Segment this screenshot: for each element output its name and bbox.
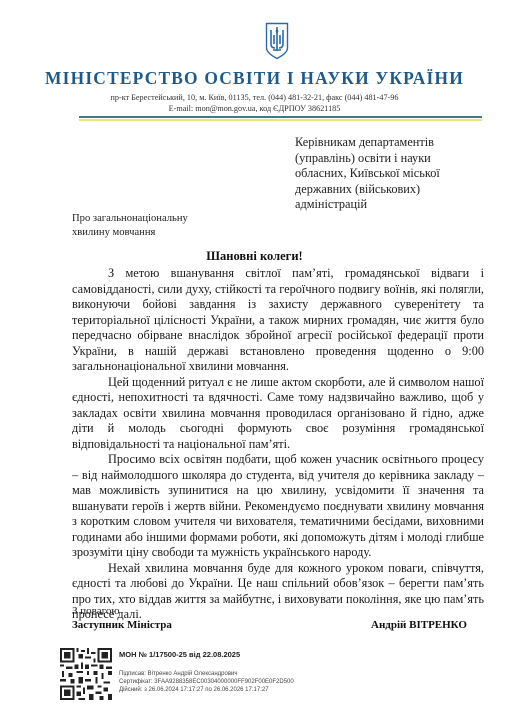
qr-code-icon [60, 648, 112, 700]
digital-signature-info: Підписав: Вітренко Андрій Олександрович … [119, 670, 294, 694]
certificate-validity: Дійсний: з 26.06.2024 17:17:27 по 26.06.… [119, 686, 294, 694]
header-divider-yellow [79, 119, 482, 121]
signed-by: Підписав: Вітренко Андрій Олександрович [119, 670, 294, 678]
salutation: Шановні колеги! [0, 249, 509, 264]
address-line: пр-кт Берестейський, 10, м. Київ, 01135,… [0, 93, 509, 104]
certificate-id: Сертифікат: 3FAA9288358EC00304000000FF90… [119, 678, 294, 686]
recipient-block: Керівникам департаментів (управлінь) осв… [295, 135, 495, 213]
header-divider-blue [79, 116, 482, 118]
contact-line: E-mail: mon@mon.gov.ua, код ЄДРПОУ 38621… [0, 104, 509, 115]
body-paragraph: Нехай хвилина мовчання буде для кожного … [72, 561, 484, 623]
body-paragraph: З метою вшанування світлої пам’яті, гром… [72, 266, 484, 375]
recipient-line: Керівникам департаментів [295, 135, 495, 151]
subject-block: Про загальнонаціональну хвилину мовчання [72, 212, 292, 239]
signer-name: Андрій ВІТРЕНКО [371, 619, 467, 631]
recipient-line: (управлінь) освіти і науки [295, 151, 495, 167]
subject-line: Про загальнонаціональну [72, 212, 292, 226]
ministry-address: пр-кт Берестейський, 10, м. Київ, 01135,… [0, 93, 509, 114]
recipient-line: адміністрацій [295, 197, 495, 213]
signer-position: Заступник Міністра [72, 619, 172, 631]
ministry-title: МІНІСТЕРСТВО ОСВІТИ І НАУКИ УКРАЇНИ [0, 68, 509, 89]
recipient-line: державних (військових) [295, 182, 495, 198]
registration-number: МОН № 1/17500-25 від 22.08.2025 [119, 650, 240, 659]
subject-line: хвилину мовчання [72, 226, 292, 240]
recipient-line: обласних, Київської міської [295, 166, 495, 182]
ukraine-trident-emblem-icon [265, 22, 289, 60]
closing-phrase: З повагою [72, 605, 120, 617]
body-paragraph: Просимо всіх освітян подбати, щоб кожен … [72, 452, 484, 561]
body-paragraph: Цей щоденний ритуал є не лише актом скор… [72, 375, 484, 453]
letter-body: З метою вшанування світлої пам’яті, гром… [72, 266, 484, 623]
